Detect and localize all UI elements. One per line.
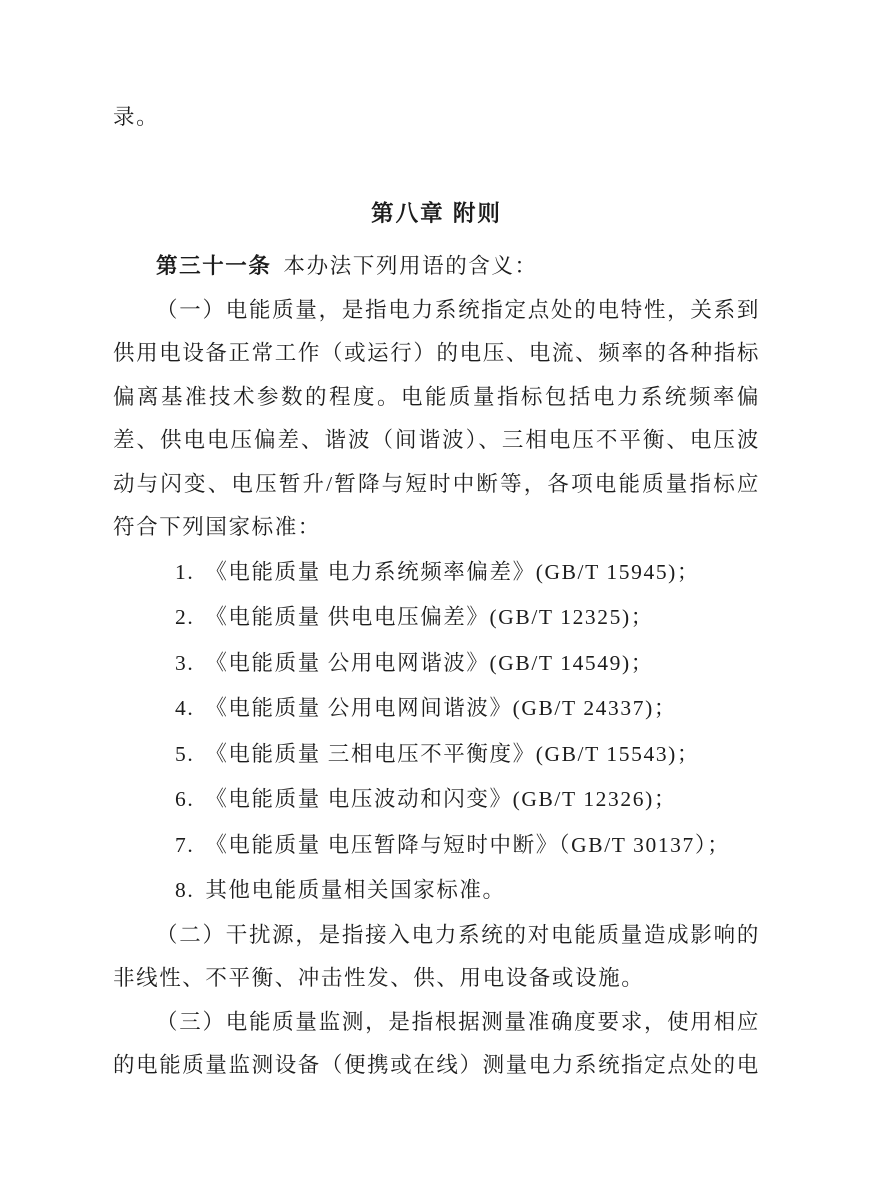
paragraph-definition-1: （一）电能质量，是指电力系统指定点处的电特性，关系到供用电设备正常工作（或运行）…	[113, 289, 760, 550]
standard-text: 《电能质量 三相电压不平衡度》(GB/T 15543)；	[205, 742, 700, 766]
paragraph-definition-3: （三）电能质量监测，是指根据测量准确度要求，使用相应的电能质量监测设备（便携或在…	[113, 1001, 760, 1088]
standard-text: 其他电能质量相关国家标准。	[205, 878, 505, 902]
standard-item: 3.《电能质量 公用电网谐波》(GB/T 14549)；	[175, 641, 760, 687]
standard-text: 《电能质量 公用电网间谐波》(GB/T 24337)；	[205, 696, 677, 720]
standard-number: 2.	[175, 595, 194, 641]
document-page: 录。 第八章 附则 第三十一条本办法下列用语的含义： （一）电能质量，是指电力系…	[0, 0, 870, 1189]
standard-item: 2.《电能质量 供电电压偏差》(GB/T 12325)；	[175, 595, 760, 641]
article-text: 本办法下列用语的含义：	[284, 254, 538, 278]
standard-number: 5.	[175, 732, 194, 778]
standard-item: 8.其他电能质量相关国家标准。	[175, 868, 760, 914]
paragraph-definition-2: （二）干扰源，是指接入电力系统的对电能质量造成影响的非线性、不平衡、冲击性发、供…	[113, 914, 760, 1001]
standard-item: 4.《电能质量 公用电网间谐波》(GB/T 24337)；	[175, 686, 760, 732]
standards-list: 1.《电能质量 电力系统频率偏差》(GB/T 15945)； 2.《电能质量 供…	[113, 550, 760, 914]
standard-number: 8.	[175, 868, 194, 914]
standard-text: 《电能质量 电压暂降与短时中断》（GB/T 30137）；	[205, 833, 730, 857]
standard-text: 《电能质量 电压波动和闪变》(GB/T 12326)；	[205, 787, 677, 811]
standard-item: 6.《电能质量 电压波动和闪变》(GB/T 12326)；	[175, 777, 760, 823]
standard-item: 5.《电能质量 三相电压不平衡度》(GB/T 15543)；	[175, 732, 760, 778]
standard-number: 6.	[175, 777, 194, 823]
standard-text: 《电能质量 电力系统频率偏差》(GB/T 15945)；	[205, 560, 700, 584]
continuation-text: 录。	[113, 96, 760, 140]
standard-item: 7.《电能质量 电压暂降与短时中断》（GB/T 30137）；	[175, 823, 760, 869]
standard-text: 《电能质量 公用电网谐波》(GB/T 14549)；	[205, 651, 654, 675]
standard-text: 《电能质量 供电电压偏差》(GB/T 12325)；	[205, 605, 654, 629]
standard-item: 1.《电能质量 电力系统频率偏差》(GB/T 15945)；	[175, 550, 760, 596]
chapter-heading: 第八章 附则	[113, 192, 760, 236]
standard-number: 3.	[175, 641, 194, 687]
standard-number: 7.	[175, 823, 194, 869]
standard-number: 4.	[175, 686, 194, 732]
article-number: 第三十一条	[156, 254, 272, 278]
article-paragraph: 第三十一条本办法下列用语的含义：	[113, 245, 760, 289]
standard-number: 1.	[175, 550, 194, 596]
